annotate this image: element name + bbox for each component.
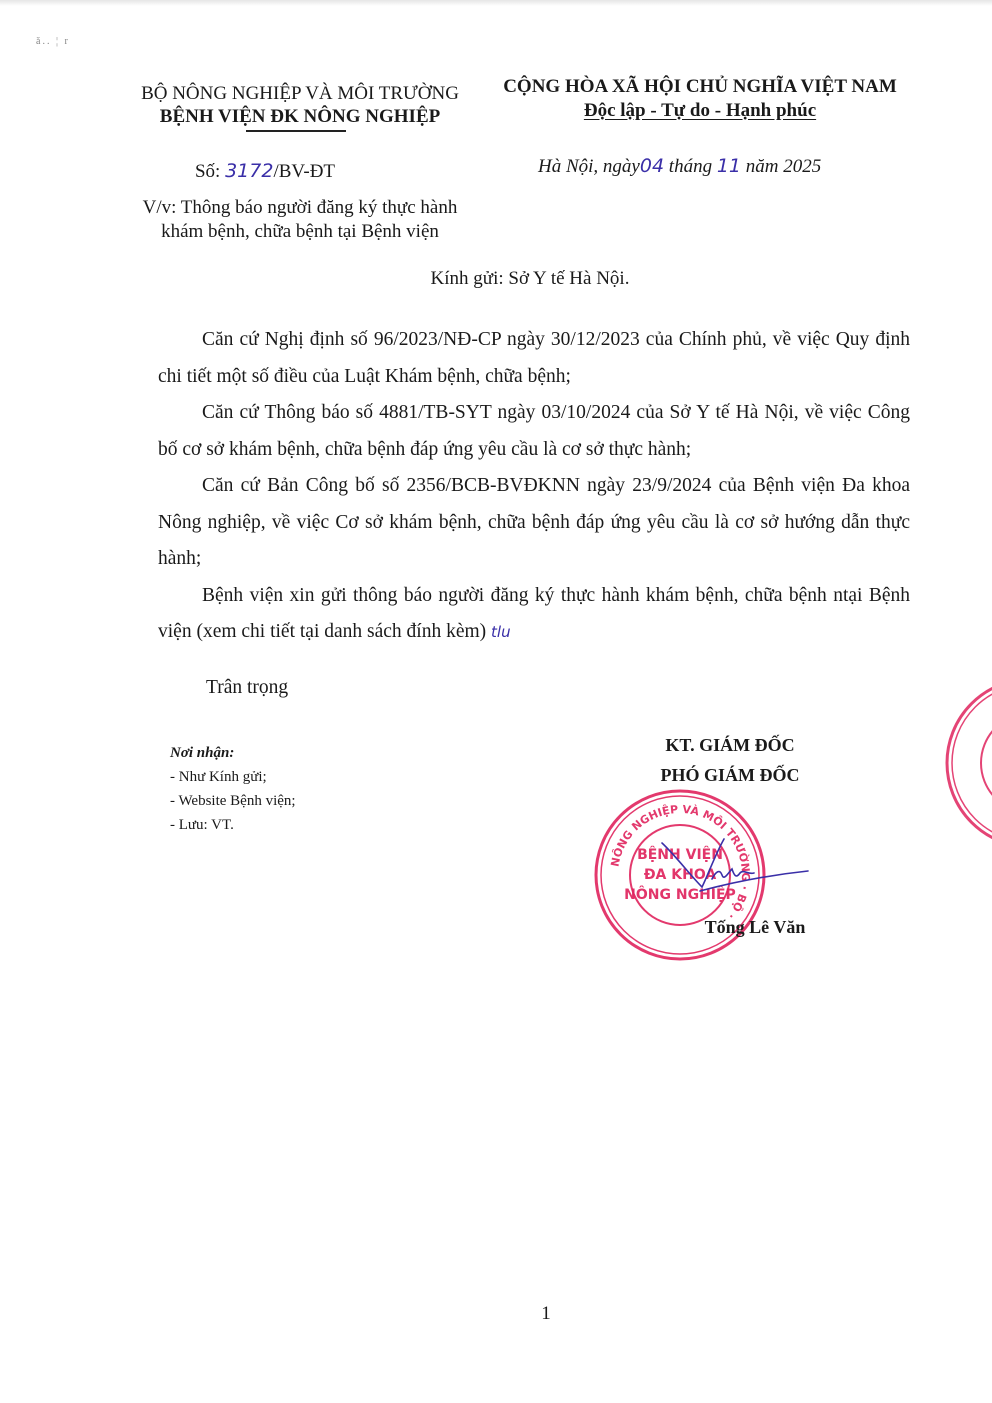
paragraph: Bệnh viện xin gửi thông báo người đăng k… [158,578,910,651]
scan-edge [0,0,992,6]
signature-title: KT. GIÁM ĐỐC PHÓ GIÁM ĐỐC [600,730,860,790]
recipient-item: - Như Kính gửi; [170,765,296,789]
document-number: Số: 3172/BV-ĐT [120,160,410,183]
recipient-item: - Website Bệnh viện; [170,789,296,813]
paragraph: Căn cứ Bản Công bố số 2356/BCB-BVĐKNN ng… [158,468,910,578]
closing: Trân trọng [206,677,288,699]
handwritten-signature-icon [660,835,810,895]
header-left-rule [246,130,346,132]
ministry-name: BỘ NÔNG NGHIỆP VÀ MÔI TRƯỜNG [110,82,490,105]
paragraph: Căn cứ Nghị định số 96/2023/NĐ-CP ngày 3… [158,322,910,395]
paragraph: Căn cứ Thông báo số 4881/TB-SYT ngày 03/… [158,395,910,468]
hospital-name: BỆNH VIỆN ĐK NÔNG NGHIỆP [110,105,490,128]
partial-stamp-icon [943,675,992,851]
signer-name: Tống Lê Văn [600,917,860,938]
subject: V/v: Thông báo người đăng ký thực hành k… [100,196,500,244]
scan-mark: ǎ.. ¦ r [36,36,70,47]
handwritten-number: 3172 [225,160,273,182]
initials-mark: tlu [491,623,511,641]
recipient-item: - Lưu: VT. [170,813,296,837]
recipients-list: Nơi nhận: - Như Kính gửi; - Website Bệnh… [170,741,296,837]
page-number: 1 [0,1303,992,1325]
recipient-line: Kính gửi: Sở Y tế Hà Nội. [0,268,992,290]
date-month: 11 [717,155,741,177]
recipients-title: Nơi nhận: [170,741,296,765]
header-left: BỘ NÔNG NGHIỆP VÀ MÔI TRƯỜNG BỆNH VIỆN Đ… [110,82,490,132]
date-day: 04 [640,155,664,177]
national-motto: Độc lập - Tự do - Hạnh phúc [584,100,816,121]
document-date: Hà Nội, ngày04 tháng 11 năm 2025 [538,155,821,178]
header-right: CỘNG HÒA XÃ HỘI CHỦ NGHĨA VIỆT NAM Độc l… [470,75,930,123]
body-text: Căn cứ Nghị định số 96/2023/NĐ-CP ngày 3… [158,322,910,651]
country-name: CỘNG HÒA XÃ HỘI CHỦ NGHĨA VIỆT NAM [470,75,930,99]
